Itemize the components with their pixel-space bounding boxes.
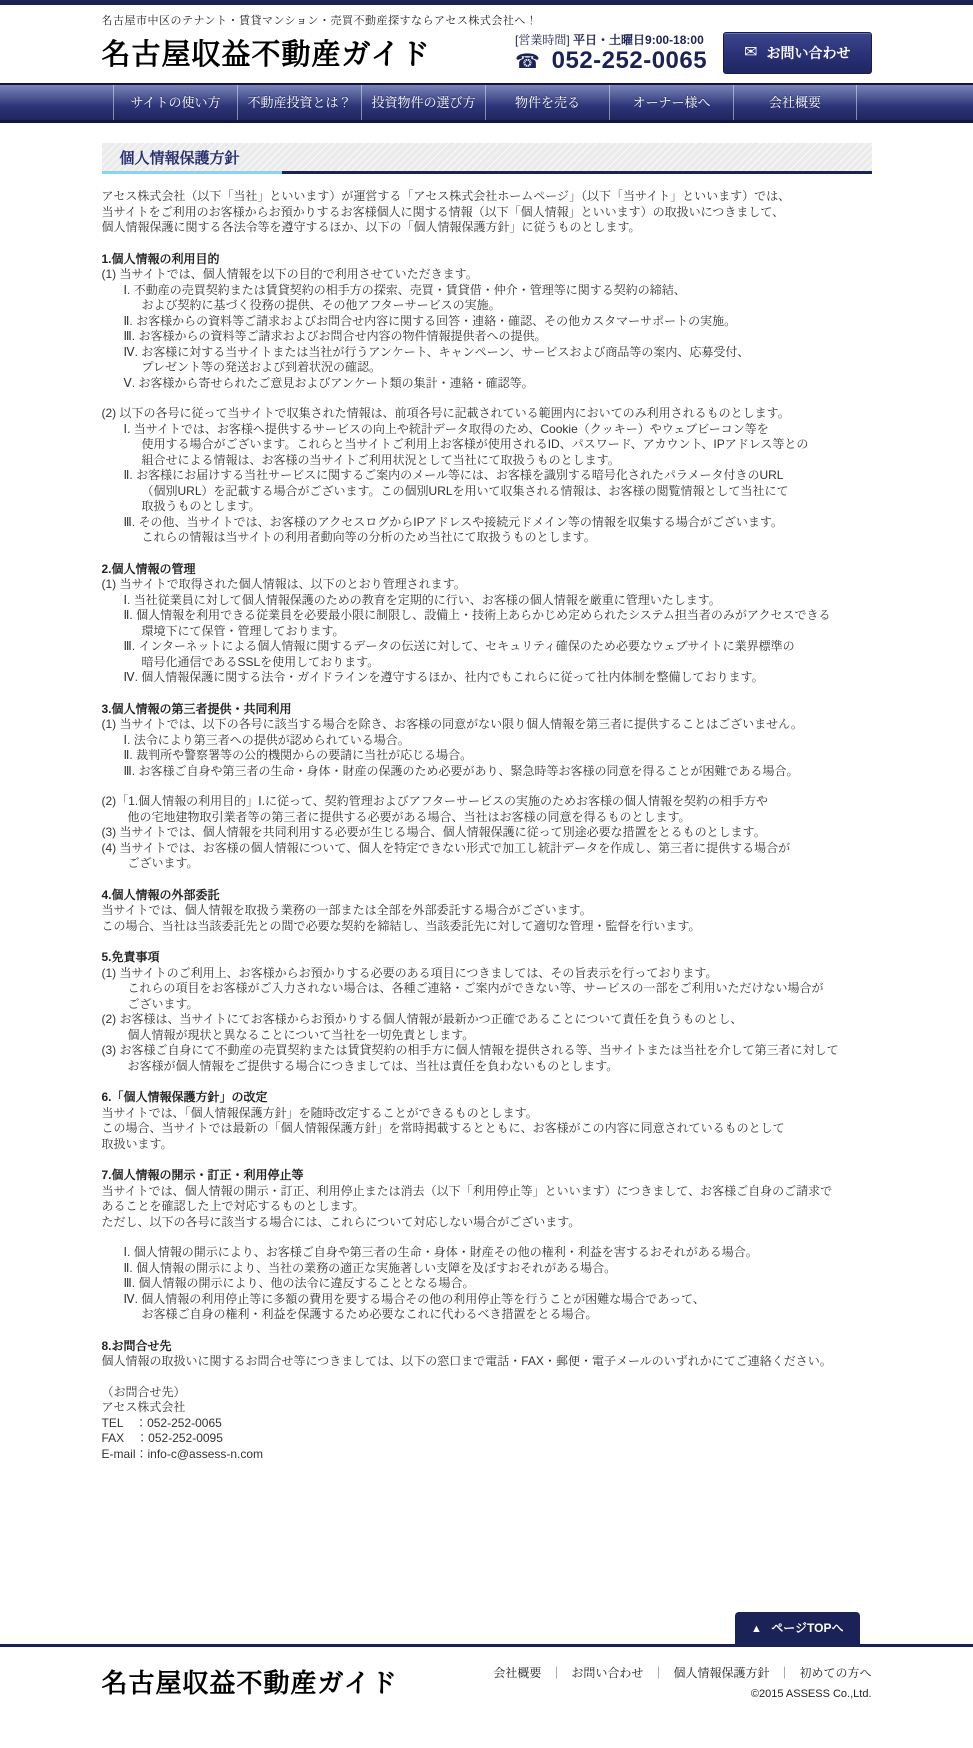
section-heading: 2.個人情報の管理 <box>102 562 872 578</box>
policy-line: あることを確認した上で対応するものとします。 <box>102 1199 872 1215</box>
policy-line: Ⅰ. 当社従業員に対して個人情報保護のための教育を定期的に行い、お客様の個人情報… <box>102 593 872 609</box>
policy-line: (3) お客様ご自身にて不動産の売買契約または賃貸契約の相手方に個人情報を提供さ… <box>102 1043 872 1059</box>
blank-line <box>102 391 872 406</box>
policy-line: Ⅱ. お客様からの資料等ご請求およびお問合せ内容に関する回答・連絡・確認、その他… <box>102 314 872 330</box>
policy-line: 個人情報の取扱いに関するお問合せ等につきましては、以下の窓口まで電話・FAX・郵… <box>102 1354 872 1370</box>
main-content: 個人情報保護方針 アセス株式会社（以下「当社」といいます）が運営する「アセス株式… <box>102 143 872 1644</box>
section-heading: 8.お問合せ先 <box>102 1339 872 1355</box>
policy-line: (2) お客様は、当サイトにてお客様からお預かりする個人情報が最新かつ正確である… <box>102 1012 872 1028</box>
nav-item[interactable]: 投資物件の選び方 <box>361 85 485 120</box>
site-logo[interactable]: 名古屋収益不動産ガイド <box>102 32 431 73</box>
policy-line: Ⅳ. お客様に対する当サイトまたは当社が行うアンケート、キャンペーン、サービスお… <box>102 345 872 361</box>
policy-line: (1) 当サイトでは、個人情報を以下の目的で利用させていただきます。 <box>102 267 872 283</box>
policy-line: (4) 当サイトでは、お客様の個人情報について、個人を特定できない形式で加工し統… <box>102 841 872 857</box>
section-heading: 5.免責事項 <box>102 950 872 966</box>
footer-link[interactable]: 初めての方へ <box>799 1666 871 1680</box>
page: 名古屋市中区のテナント・賃貸マンション・売買不動産探すならアセス株式会社へ！ 名… <box>0 0 973 1748</box>
section-heading: 4.個人情報の外部委託 <box>102 888 872 904</box>
policy-line: ございます。 <box>102 997 872 1013</box>
site-footer: 名古屋収益不動産ガイド 会社概要｜お問い合わせ｜個人情報保護方針｜初めての方へ … <box>0 1644 973 1720</box>
policy-line: ただし、以下の各号に該当する場合には、これらについて対応しない場合がございます。 <box>102 1215 872 1231</box>
section-heading: 7.個人情報の開示・訂正・利用停止等 <box>102 1168 872 1184</box>
policy-line: (1) 当サイトのご利用上、お客様からお預かりする必要のある項目につきましては、… <box>102 966 872 982</box>
up-triangle-icon: ▲ <box>751 1623 762 1635</box>
policy-line: 取扱います。 <box>102 1137 872 1153</box>
policy-line: (1) 当サイトで取得された個人情報は、以下のとおり管理されます。 <box>102 577 872 593</box>
blank-line <box>102 1230 872 1245</box>
policy-line: 当サイトでは、個人情報の開示・訂正、利用停止または消去（以下「利用停止等」といい… <box>102 1184 872 1200</box>
policy-line: 環境下にて保管・管理しております。 <box>102 624 872 640</box>
footer-link[interactable]: 個人情報保護方針 <box>673 1666 769 1680</box>
policy-line: この場合、当サイトでは最新の「個人情報保護方針」を常時掲載するとともに、お客様が… <box>102 1121 872 1137</box>
policy-line: Ⅲ. その他、当サイトでは、お客様のアクセスログからIPアドレスや接続元ドメイン… <box>102 515 872 531</box>
policy-line: Ⅰ. 不動産の売買契約または賃貸契約の相手方の探索、売買・賃貸借・仲介・管理等に… <box>102 283 872 299</box>
policy-line: お客様が個人情報をご提供する場合につきましては、当社は責任を負わないものとします… <box>102 1059 872 1075</box>
policy-line: お客様ご自身の権利・利益を保護するため必要なこれに代わるべき措置をとる場合。 <box>102 1307 872 1323</box>
footer-link-separator: ｜ <box>769 1666 799 1680</box>
site-tagline: 名古屋市中区のテナント・賃貸マンション・売買不動産探すならアセス株式会社へ！ <box>102 12 872 28</box>
title-accent-underline <box>102 171 282 174</box>
phone-number-row: ☎ 052-252-0065 <box>515 48 707 74</box>
page-title-bar: 個人情報保護方針 <box>102 143 872 174</box>
policy-line: Ⅲ. インターネットによる個人情報に関するデータの伝送に対して、セキュリティ確保… <box>102 639 872 655</box>
policy-line: 当サイトをご利用のお客様からお預かりするお客様個人に関する情報（以下「個人情報」… <box>102 205 872 221</box>
page-top-button[interactable]: ▲ ページTOPへ <box>735 1612 859 1644</box>
policy-line: Ⅱ. 個人情報を利用できる従業員を必要最小限に制限し、設備上・技術上あらかじめ定… <box>102 608 872 624</box>
blank-line <box>102 1370 872 1385</box>
policy-line: 取扱うものとします。 <box>102 499 872 515</box>
policy-line: TEL ：052-252-0065 <box>102 1416 872 1432</box>
policy-line: Ⅲ. お客様ご自身や第三者の生命・身体・財産の保護のため必要があり、緊急時等お客… <box>102 764 872 780</box>
policy-line: Ⅱ. お客様にお届けする当社サービスに関するご案内のメール等には、お客様を識別す… <box>102 468 872 484</box>
page-title: 個人情報保護方針 <box>120 150 240 167</box>
section-heading: 1.個人情報の利用目的 <box>102 252 872 268</box>
policy-line: 使用する場合がございます。これらと当サイトご利用上お客様が使用されるID、パスワ… <box>102 437 872 453</box>
copyright: ©2015 ASSESS Co.,Ltd. <box>493 1688 871 1700</box>
policy-line: （個別URL）を記載する場合がございます。この個別URLを用いて収集される情報は… <box>102 484 872 500</box>
policy-line: Ⅰ. 法令により第三者への提供が認められている場合。 <box>102 733 872 749</box>
policy-line: E-mail：info-c@assess-n.com <box>102 1447 872 1463</box>
policy-line: 暗号化通信であるSSLを使用しております。 <box>102 655 872 671</box>
policy-line: アセス株式会社（以下「当社」といいます）が運営する「アセス株式会社ホームページ」… <box>102 189 872 205</box>
policy-line: 組合せによる情報は、お客様の当サイトご利用状況として当社にて取扱うものとします。 <box>102 453 872 469</box>
policy-line: これらの情報は当サイトの利用者動向等の分析のため当社にて取扱うものとします。 <box>102 530 872 546</box>
footer-link-separator: ｜ <box>541 1666 571 1680</box>
contact-button[interactable]: ✉ お問い合わせ <box>723 32 871 74</box>
phone-icon: ☎ <box>515 51 540 73</box>
policy-line: 当サイトでは、個人情報を取扱う業務の一部または全部を外部委託する場合がございます… <box>102 903 872 919</box>
blank-line <box>102 779 872 794</box>
policy-line: ございます。 <box>102 856 872 872</box>
policy-line: (2) 以下の各号に従って当サイトで収集された情報は、前項各号に記載されている範… <box>102 406 872 422</box>
contact-button-label: お問い合わせ <box>767 43 851 63</box>
nav-item[interactable]: 物件を売る <box>485 85 609 120</box>
section-heading: 3.個人情報の第三者提供・共同利用 <box>102 702 872 718</box>
footer-links: 会社概要｜お問い合わせ｜個人情報保護方針｜初めての方へ <box>493 1664 871 1681</box>
policy-line: 個人情報保護に関する各法令等を遵守するほか、以下の「個人情報保護方針」に従うもの… <box>102 220 872 236</box>
policy-line: Ⅴ. お客様から寄せられたご意見およびアンケート類の集計・連絡・確認等。 <box>102 376 872 392</box>
policy-line: FAX ：052-252-0095 <box>102 1431 872 1447</box>
nav-item[interactable]: サイトの使い方 <box>113 85 237 120</box>
business-hours-value: 平日・土曜日9:00-18:00 <box>573 33 704 47</box>
policy-line: Ⅲ. お客様からの資料等ご請求およびお問合せ内容の物件情報提供者への提供。 <box>102 329 872 345</box>
main-nav: サイトの使い方不動産投資とは？投資物件の選び方物件を売るオーナー様へ会社概要 <box>0 83 973 123</box>
policy-line: Ⅰ. 当サイトでは、お客様へ提供するサービスの向上や統計データ取得のため、Coo… <box>102 422 872 438</box>
policy-line: および契約に基づく役務の提供、その他アフターサービスの実施。 <box>102 298 872 314</box>
mail-icon: ✉ <box>744 45 757 61</box>
policy-line: この場合、当社は当該委託先との間で必要な契約を締結し、当該委託先に対して適切な管… <box>102 919 872 935</box>
page-top-label: ページTOPへ <box>771 1621 843 1635</box>
policy-line: アセス株式会社 <box>102 1400 872 1416</box>
policy-line: (1) 当サイトでは、以下の各号に該当する場合を除き、お客様の同意がない限り個人… <box>102 717 872 733</box>
policy-line: Ⅲ. 個人情報の開示により、他の法令に違反することとなる場合。 <box>102 1276 872 1292</box>
policy-line: (2)「1.個人情報の利用目的」Ⅰ.に従って、契約管理およびアフターサービスの実… <box>102 794 872 810</box>
policy-line: 個人情報が現状と異なることについて当社を一切免責とします。 <box>102 1028 872 1044</box>
footer-link-separator: ｜ <box>643 1666 673 1680</box>
site-header: 名古屋市中区のテナント・賃貸マンション・売買不動産探すならアセス株式会社へ！ 名… <box>0 5 973 83</box>
main-nav-list: サイトの使い方不動産投資とは？投資物件の選び方物件を売るオーナー様へ会社概要 <box>113 85 973 120</box>
policy-line: 他の宅地建物取引業者等の第三者に提供する必要がある場合、当社はお客様の同意を得る… <box>102 810 872 826</box>
policy-line: Ⅱ. 個人情報の開示により、当社の業務の適正な実施著しい支障を及ぼすおそれがある… <box>102 1261 872 1277</box>
policy-line: 当サイトでは、「個人情報保護方針」を随時改定することができるものとします。 <box>102 1106 872 1122</box>
policy-line: Ⅰ. 個人情報の開示により、お客様ご自身や第三者の生命・身体・財産その他の権利・… <box>102 1245 872 1261</box>
nav-item[interactable]: オーナー様へ <box>609 85 733 120</box>
policy-content: アセス株式会社（以下「当社」といいます）が運営する「アセス株式会社ホームページ」… <box>102 174 872 1462</box>
nav-item[interactable]: 不動産投資とは？ <box>237 85 361 120</box>
policy-line: Ⅳ. 個人情報の利用停止等に多額の費用を要する場合その他の利用停止等を行うことが… <box>102 1292 872 1308</box>
contact-info: [営業時間] 平日・土曜日9:00-18:00 ☎ 052-252-0065 <box>515 31 707 74</box>
nav-item[interactable]: 会社概要 <box>733 85 857 120</box>
policy-line: Ⅱ. 裁判所や警察署等の公的機関からの要請に当社が応じる場合。 <box>102 748 872 764</box>
footer-link[interactable]: 会社概要 <box>493 1666 541 1680</box>
policy-line: プレゼント等の発送および到着状況の確認。 <box>102 360 872 376</box>
policy-line: (3) 当サイトでは、個人情報を共同利用する必要が生じる場合、個人情報保護に従っ… <box>102 825 872 841</box>
section-heading: 6.「個人情報保護方針」の改定 <box>102 1090 872 1106</box>
business-hours-label: [営業時間] <box>515 33 570 47</box>
phone-number: 052-252-0065 <box>552 47 707 74</box>
policy-line: Ⅳ. 個人情報保護に関する法令・ガイドラインを遵守するほか、社内でもこれらに従っ… <box>102 670 872 686</box>
footer-link[interactable]: お問い合わせ <box>571 1666 643 1680</box>
business-hours: [営業時間] 平日・土曜日9:00-18:00 <box>515 31 707 48</box>
policy-line: これらの項目をお客様がご入力されない場合は、各種ご連絡・ご案内ができない等、サー… <box>102 981 872 997</box>
policy-line: （お問合せ先） <box>102 1385 872 1401</box>
footer-logo[interactable]: 名古屋収益不動産ガイド <box>102 1663 398 1700</box>
